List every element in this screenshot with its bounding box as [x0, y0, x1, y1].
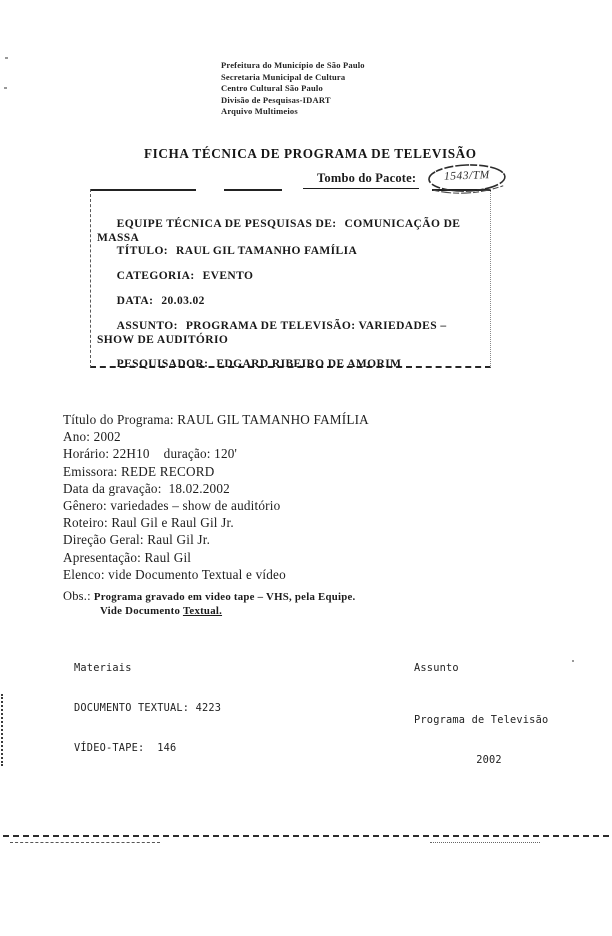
letterhead-line: Arquivo Multimeios [221, 106, 365, 118]
field-label: PESQUISADOR: [117, 358, 209, 370]
detail-line: Elenco: vide Documento Textual e vídeo [63, 566, 369, 583]
obs-text-line2: Vide Documento Textual. [100, 605, 356, 617]
scan-speck [5, 57, 8, 59]
program-details: Título do Programa: RAUL GIL TAMANHO FAM… [63, 411, 369, 583]
detail-line: Título do Programa: RAUL GIL TAMANHO FAM… [63, 411, 369, 428]
materials-line: VÍDEO-TAPE: 146 [74, 742, 221, 755]
letterhead: Prefeitura do Município de São Paulo Sec… [221, 60, 365, 118]
assunto-heading: Assunto [414, 662, 564, 675]
scanned-document-page: Prefeitura do Município de São Paulo Sec… [0, 0, 612, 936]
obs-text: Programa gravado em video tape – VHS, pe… [94, 591, 356, 603]
scan-artifact-dotted-line [430, 842, 540, 843]
letterhead-line: Centro Cultural São Paulo [221, 83, 365, 95]
form-row-pesquisador: PESQUISADOR:EDGARD RIBEIRO DE AMORIM [97, 342, 483, 386]
scan-speck [572, 660, 574, 662]
assunto-line: Programa de Televisão [414, 714, 564, 727]
letterhead-line: Prefeitura do Município de São Paulo [221, 60, 365, 72]
detail-line: Apresentação: Raul Gil [63, 549, 369, 566]
scan-speck [4, 87, 7, 89]
letterhead-line: Divisão de Pesquisas-IDART [221, 95, 365, 107]
scan-artifact-dashed-line [3, 835, 609, 837]
obs-text-plain: Vide Documento [100, 605, 183, 617]
letterhead-line: Secretaria Municipal de Cultura [221, 72, 365, 84]
detail-line: Horário: 22H10 duração: 120' [63, 445, 369, 462]
field-value: EDGARD RIBEIRO DE AMORIM [216, 358, 401, 370]
assunto-block: Assunto Programa de Televisão 2002 [414, 636, 564, 793]
field-label: EQUIPE TÉCNICA DE PESQUISAS DE: [117, 218, 337, 230]
detail-line: Ano: 2002 [63, 428, 369, 445]
detail-line: Data da gravação: 18.02.2002 [63, 480, 369, 497]
detail-line: Direção Geral: Raul Gil Jr. [63, 531, 369, 548]
page-title: FICHA TÉCNICA DE PROGRAMA DE TELEVISÃO [144, 146, 477, 162]
assunto-year: 2002 [414, 754, 564, 767]
field-label: ASSUNTO: [117, 320, 178, 332]
materials-heading: Materiais [74, 662, 221, 675]
materials-line: DOCUMENTO TEXTUAL: 4223 [74, 702, 221, 715]
obs-text-underlined: Textual. [183, 605, 222, 617]
observations: Obs.: Programa gravado em video tape – V… [63, 589, 356, 617]
detail-line: Gênero: variedades – show de auditório [63, 497, 369, 514]
materials-block: Materiais DOCUMENTO TEXTUAL: 4223 VÍDEO-… [74, 636, 221, 781]
detail-line: Roteiro: Raul Gil e Raul Gil Jr. [63, 514, 369, 531]
detail-line: Emissora: REDE RECORD [63, 463, 369, 480]
scan-artifact-dashed-line [10, 842, 160, 843]
tombo-do-pacote-label: Tombo do Pacote: [303, 171, 419, 189]
form-box: EQUIPE TÉCNICA DE PESQUISAS DE:COMUNICAÇ… [90, 189, 491, 368]
obs-label: Obs.: [63, 589, 91, 603]
scan-artifact-page-edge [1, 694, 3, 766]
